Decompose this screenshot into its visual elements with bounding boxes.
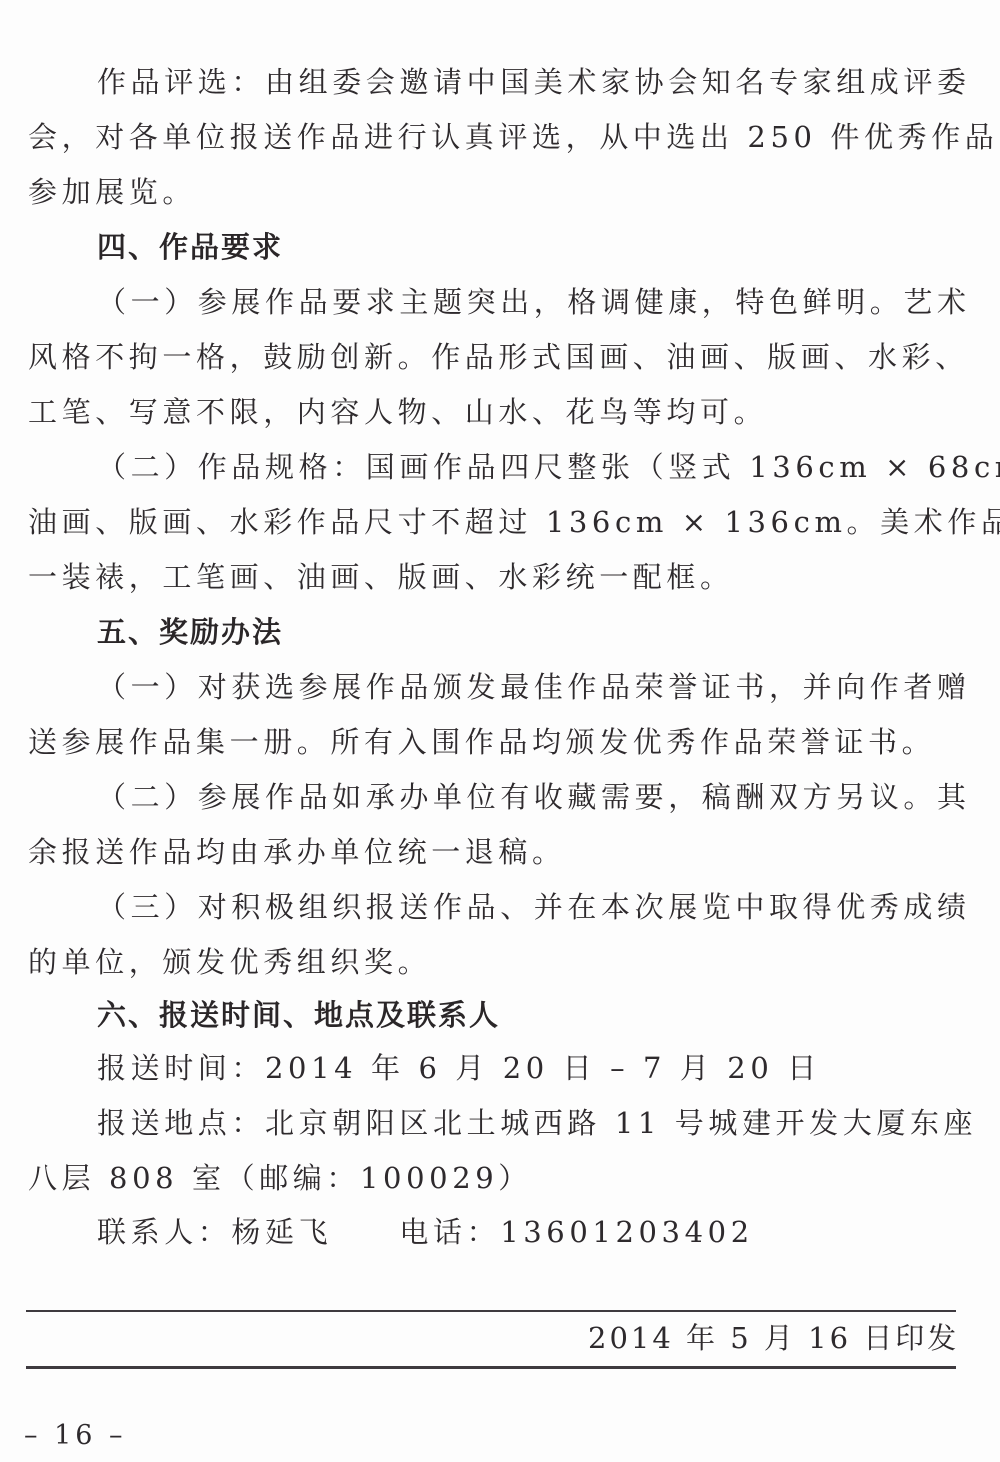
contact-line: 联系人：杨延飞 电话：13601203402: [97, 1214, 754, 1250]
body-line: 油画、版画、水彩作品尺寸不超过 136cm × 136cm。美术作品统: [28, 504, 1000, 540]
submission-time: 报送时间：2014 年 6 月 20 日 – 7 月 20 日: [97, 1050, 821, 1086]
footer-rule-top: [26, 1310, 956, 1312]
body-line: 送参展作品集一册。所有入围作品均颁发优秀作品荣誉证书。: [28, 724, 935, 760]
footer-rule-bottom: [26, 1366, 956, 1369]
body-line: 的单位，颁发优秀组织奖。: [28, 944, 431, 980]
body-line: 工笔、写意不限，内容人物、山水、花鸟等均可。: [28, 394, 767, 430]
printed-date: 2014 年 5 月 16 日印发: [588, 1320, 959, 1356]
page-number: – 16 –: [24, 1418, 127, 1454]
submission-address: 报送地点：北京朝阳区北土城西路 11 号城建开发大厦东座: [97, 1105, 977, 1141]
body-line: 会，对各单位报送作品进行认真评选，从中选出 250 件优秀作品: [28, 119, 998, 155]
body-line: （二）参展作品如承办单位有收藏需要，稿酬双方另议。其: [97, 779, 971, 815]
body-line: 余报送作品均由承办单位统一退稿。: [28, 834, 566, 870]
submission-address-cont: 八层 808 室（邮编：100029）: [28, 1160, 532, 1196]
body-line: （二）作品规格：国画作品四尺整张（竖式 136cm × 68cm）；: [97, 449, 1000, 485]
section-heading-requirements: 四、作品要求: [97, 229, 283, 265]
body-line: 作品评选：由组委会邀请中国美术家协会知名专家组成评委: [97, 64, 971, 100]
section-heading-awards: 五、奖励办法: [97, 614, 283, 650]
body-line: 一装裱，工笔画、油画、版画、水彩统一配框。: [28, 559, 734, 595]
body-line: 风格不拘一格，鼓励创新。作品形式国画、油画、版画、水彩、: [28, 339, 969, 375]
body-line: 参加展览。: [28, 174, 196, 210]
body-line: （一）参展作品要求主题突出，格调健康，特色鲜明。艺术: [97, 284, 971, 320]
body-line: （三）对积极组织报送作品、并在本次展览中取得优秀成绩: [97, 889, 971, 925]
body-line: （一）对获选参展作品颁发最佳作品荣誉证书，并向作者赠: [97, 669, 971, 705]
section-heading-submission: 六、报送时间、地点及联系人: [97, 997, 500, 1033]
